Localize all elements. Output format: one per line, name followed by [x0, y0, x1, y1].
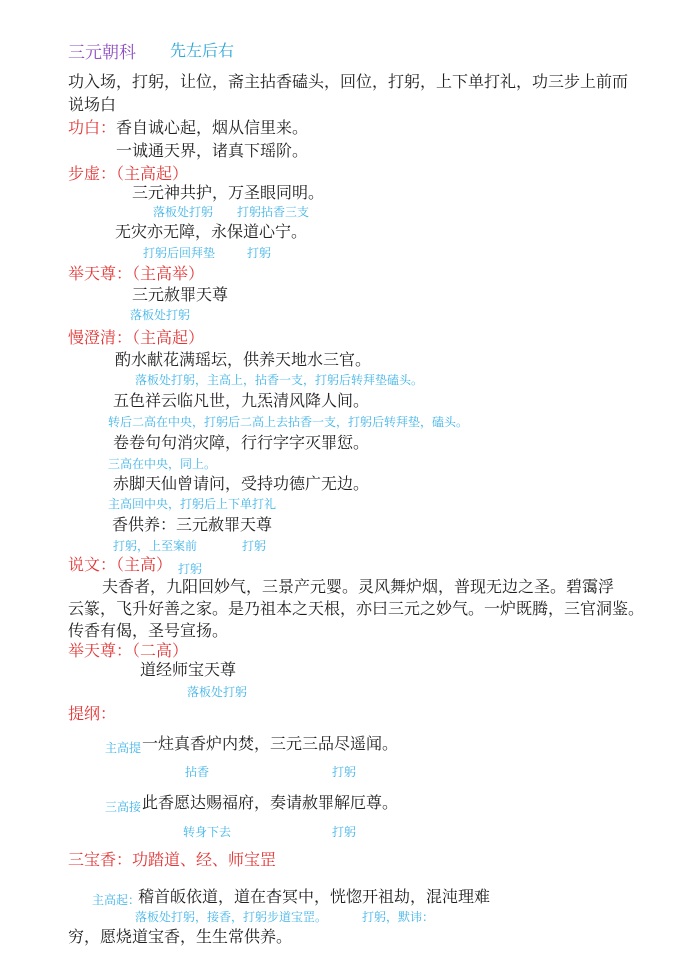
body-text: 说场白 — [68, 98, 116, 114]
body-text: 无灾亦无障，永保道心宁。 — [115, 225, 307, 241]
reading-order-note: 先左后右 — [170, 44, 234, 60]
body-text: 稽首皈依道，道在杳冥中，恍惚开祖劫，混沌理难 — [138, 890, 490, 906]
stage-direction: 落板处打躬，接香，打躬步道宝罡。 — [135, 911, 327, 923]
stage-direction: 落板处打躬 — [187, 686, 247, 698]
body-text: 酌水献花满瑶坛，供养天地水三官。 — [115, 353, 371, 369]
stage-direction: 转后二高在中央，打躬后二高上去拈香一支，打躬后转拜垫，磕头。 — [108, 416, 468, 428]
stage-direction: 三高接 — [105, 801, 141, 813]
body-text: 三元神共护，万圣眼同明。 — [132, 186, 324, 202]
body-text: 功入场，打躬，让位，斋主拈香磕头，回位，打躬，上下单打礼，功三步上前而 — [68, 75, 628, 91]
stage-direction: 打躬 — [242, 540, 266, 552]
document-page: 三元朝科先左后右功入场，打躬，让位，斋主拈香磕头，回位，打躬，上下单打礼，功三步… — [0, 0, 683, 962]
stage-direction: 打躬后回拜垫 — [143, 247, 215, 259]
stage-direction: 打躬 — [178, 563, 202, 575]
section-header: 三宝香：功踏道、经、师宝罡 — [68, 853, 276, 869]
section-header: 说文：（主高） — [68, 558, 172, 574]
body-text: 夫香者，九阳回妙气，三景产元婴。灵风舞炉烟，普现无边之圣。碧霭浮 — [102, 580, 614, 596]
section-header: 举天尊：（二高） — [68, 644, 188, 660]
section-header: 功白： — [68, 121, 116, 137]
body-text: 卷卷句句消灾障，行行字字灭罪愆。 — [113, 436, 369, 452]
body-text: 传香有偈，圣号宣扬。 — [68, 624, 228, 640]
stage-direction: 打躬 — [332, 766, 356, 778]
body-text: 云篆，飞升好善之家。是乃祖本之天根，亦曰三元之妙气。一炉既腾，三官洞鉴。 — [68, 602, 644, 618]
stage-direction: 拈香 — [185, 766, 209, 778]
stage-direction: 落板处打躬 — [153, 206, 213, 218]
body-text: 香自诚心起，烟从信里来。 — [116, 121, 308, 137]
body-text: 三元赦罪天尊 — [132, 288, 228, 304]
stage-direction: 落板处打躬，主高上，拈香一支，打躬后转拜垫磕头。 — [135, 374, 423, 386]
body-text: 五色祥云临凡世，九炁清风降人间。 — [113, 394, 369, 410]
body-text: 此香愿达赐福府，奏请赦罪解厄尊。 — [142, 796, 398, 812]
stage-direction: 主高回中央，打躬后上下单打礼 — [108, 498, 276, 510]
body-text: 香供养：三元赦罪天尊 — [112, 518, 272, 534]
stage-direction: 主高起： — [92, 894, 140, 906]
section-header: 慢澄清：（主高起） — [68, 331, 204, 347]
stage-direction: 三高在中央，同上。 — [108, 458, 216, 470]
body-text: 一炷真香炉内焚，三元三品尽遥闻。 — [142, 737, 398, 753]
section-header: 提纲： — [68, 707, 116, 723]
body-text: 道经师宝天尊 — [140, 663, 236, 679]
stage-direction: 打躬，默讳： — [362, 911, 434, 923]
stage-direction: 打躬拈香三支 — [237, 206, 309, 218]
section-header: 举天尊：（主高举） — [68, 267, 204, 283]
body-text: 一诚通天界，诸真下瑶阶。 — [116, 144, 308, 160]
doc-title: 三元朝科 — [68, 44, 136, 61]
stage-direction: 打躬 — [332, 826, 356, 838]
stage-direction: 落板处打躬 — [130, 309, 190, 321]
body-text: 赤脚天仙曾请问，受持功德广无边。 — [113, 477, 369, 493]
stage-direction: 主高提 — [105, 742, 141, 754]
stage-direction: 打躬 — [247, 247, 271, 259]
stage-direction: 转身下去 — [183, 826, 231, 838]
section-header: 步虚：（主高起） — [68, 167, 188, 183]
body-text: 穷，愿烧道宝香，生生常供养。 — [68, 930, 292, 946]
stage-direction: 打躬，上至案前 — [113, 540, 197, 552]
